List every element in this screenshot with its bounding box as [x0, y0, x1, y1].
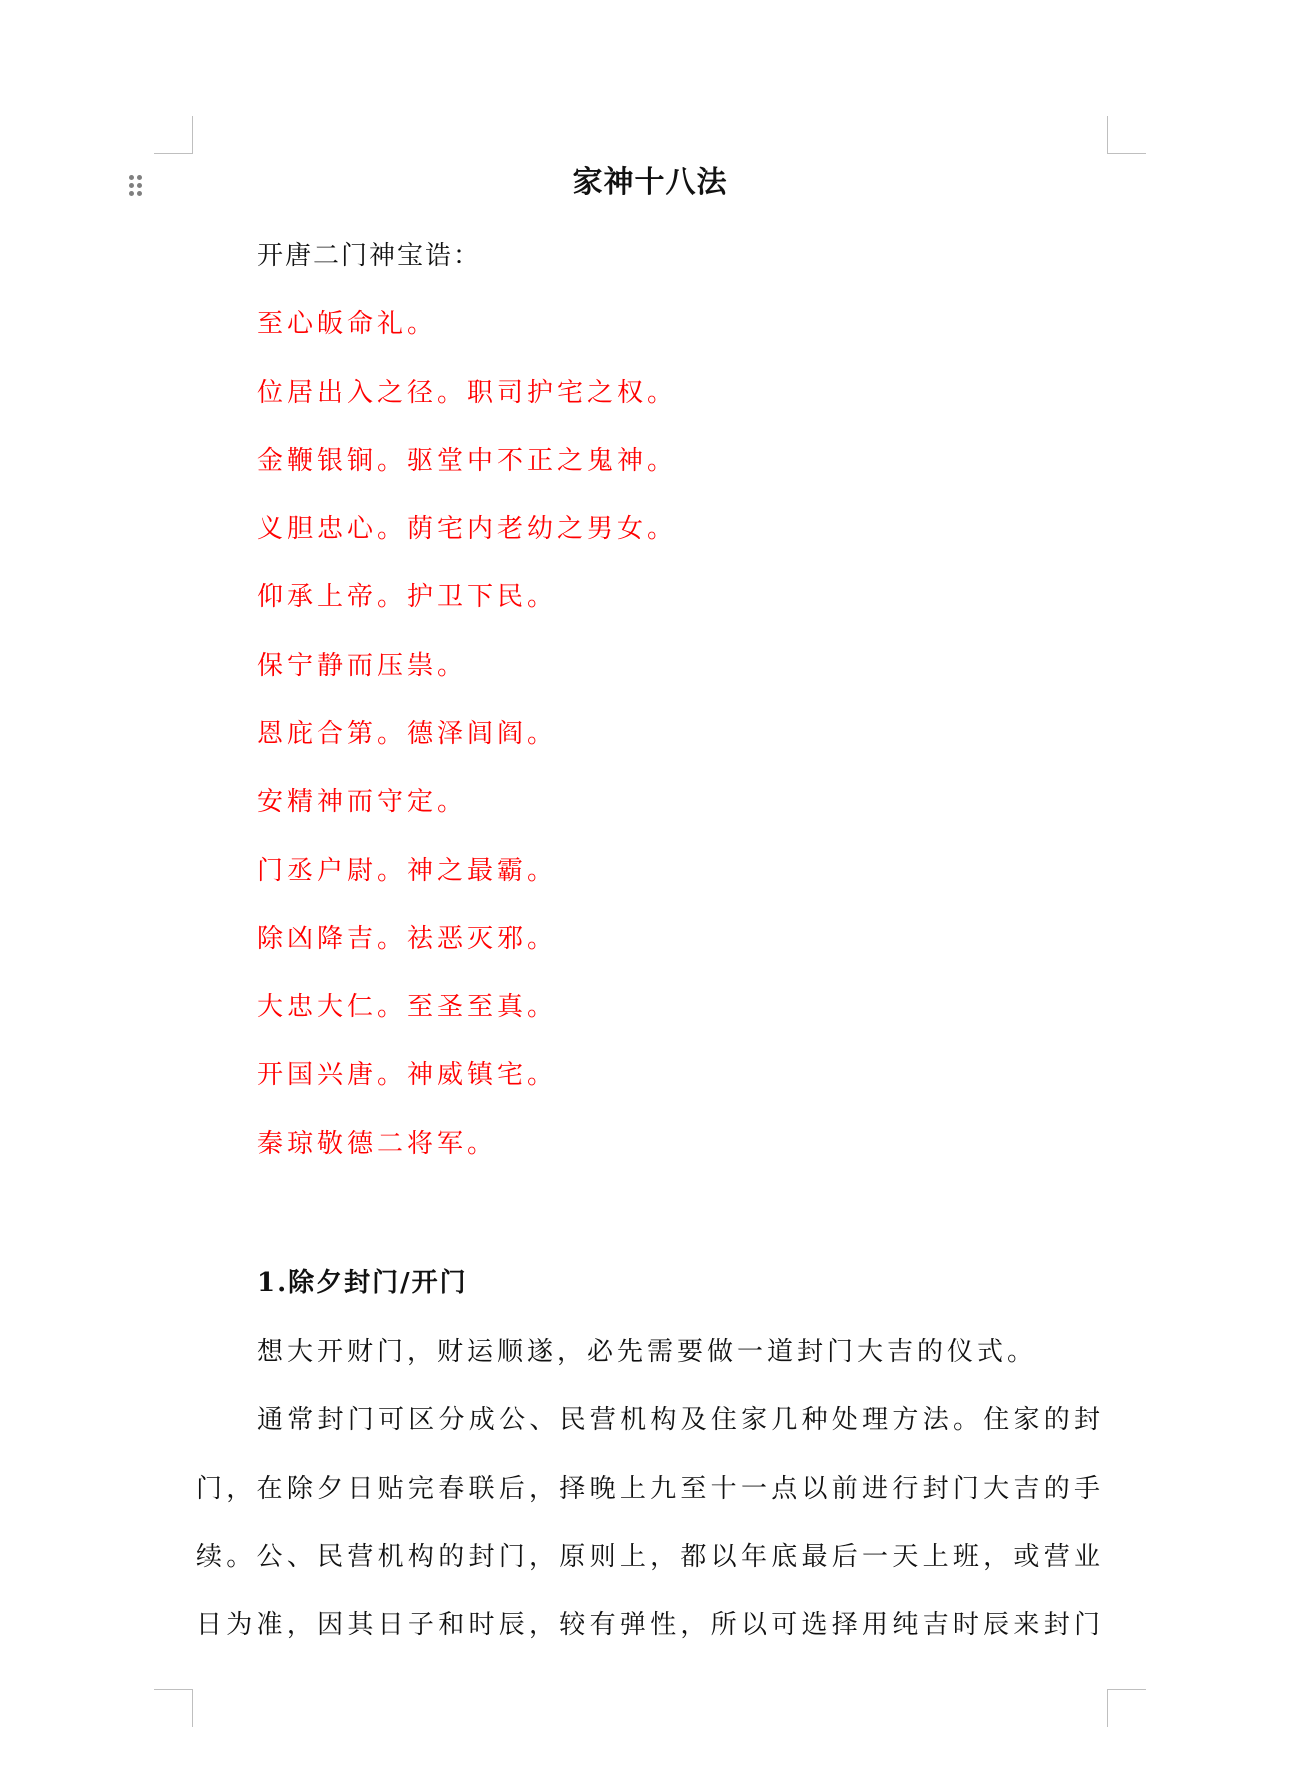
body-paragraph-line: 续。公、民营机构的封门，原则上，都以年底最后一天上班，或营业 — [196, 1539, 1104, 1575]
verse-line: 位居出入之径。职司护宅之权。 — [257, 375, 677, 411]
margin-corner-top-left — [154, 116, 193, 154]
verse-line: 恩庇合第。德泽闾阎。 — [257, 716, 557, 752]
verse-line: 保宁静而压祟。 — [257, 648, 467, 684]
verse-line: 金鞭银锏。驱堂中不正之鬼神。 — [257, 443, 677, 479]
body-paragraph-line: 日为准，因其日子和时辰，较有弹性，所以可选择用纯吉时辰来封门 — [196, 1607, 1104, 1643]
verse-line: 门丞户尉。神之最霸。 — [257, 853, 557, 889]
verse-line: 秦琼敬德二将军。 — [257, 1126, 497, 1162]
verse-line: 义胆忠心。荫宅内老幼之男女。 — [257, 511, 677, 547]
verse-line: 开国兴唐。神威镇宅。 — [257, 1057, 557, 1093]
document-page: 家神十八法 开唐二门神宝诰： 至心皈命礼。 位居出入之径。职司护宅之权。 金鞭银… — [0, 0, 1300, 1788]
margin-corner-top-right — [1107, 116, 1146, 154]
verse-line: 大忠大仁。至圣至真。 — [257, 989, 557, 1025]
document-title: 家神十八法 — [0, 165, 1300, 201]
verse-line: 至心皈命礼。 — [257, 306, 437, 342]
body-paragraph-line: 门，在除夕日贴完春联后，择晚上九至十一点以前进行封门大吉的手 — [196, 1471, 1104, 1507]
margin-corner-bottom-right — [1107, 1689, 1146, 1727]
margin-corner-bottom-left — [154, 1689, 193, 1727]
verse-line: 仰承上帝。护卫下民。 — [257, 579, 557, 615]
body-paragraph-line: 通常封门可区分成公、民营机构及住家几种处理方法。住家的封 — [257, 1402, 1104, 1438]
body-paragraph-line: 想大开财门，财运顺遂，必先需要做一道封门大吉的仪式。 — [257, 1334, 1104, 1370]
verse-line: 安精神而守定。 — [257, 784, 467, 820]
section-heading: 1.除夕封门/开门 — [257, 1265, 468, 1301]
verse-line: 除凶降吉。祛恶灭邪。 — [257, 921, 557, 957]
verse-intro-label: 开唐二门神宝诰： — [257, 238, 481, 274]
